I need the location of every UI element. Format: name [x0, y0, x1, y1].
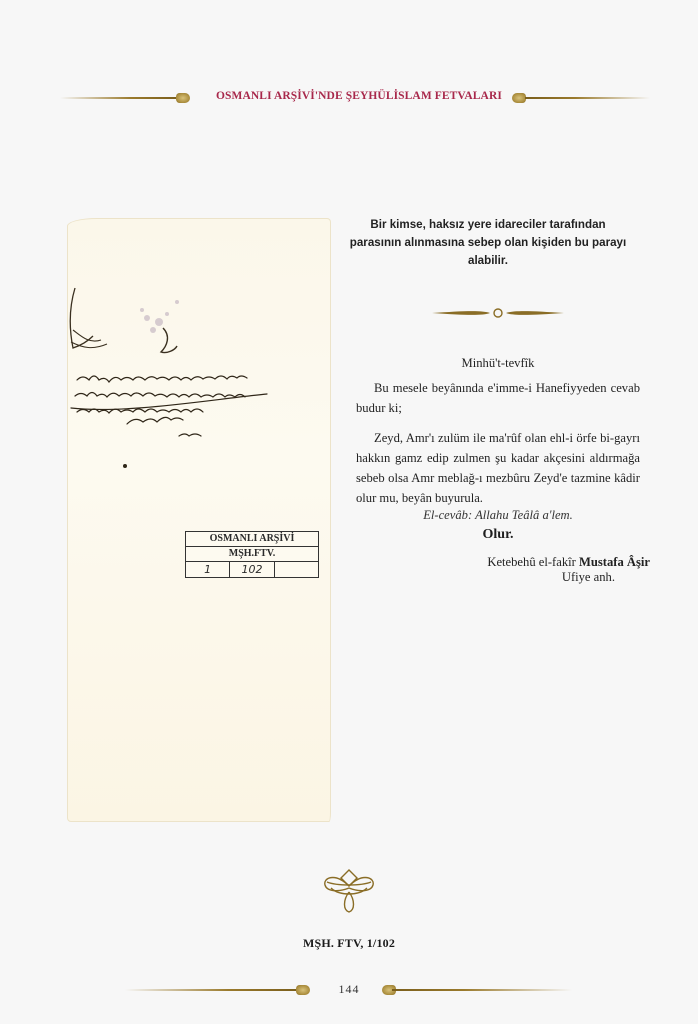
- header-finial-right-icon: [512, 93, 526, 103]
- document-caption: MŞH. FTV, 1/102: [0, 936, 698, 951]
- signer-suffix: Ufiye anh.: [562, 570, 615, 585]
- fatwa-answer-intro: El-cevâb: Allahu Teâlâ a'lem.: [356, 508, 640, 523]
- manuscript-image: OSMANLI ARŞİVİ MŞH.FTV. 1 102: [67, 218, 331, 822]
- stamp-archive-name: OSMANLI ARŞİVİ: [186, 532, 318, 547]
- manuscript-handwriting: [67, 218, 331, 822]
- footer-rule-left: [125, 989, 297, 991]
- archive-stamp: OSMANLI ARŞİVİ MŞH.FTV. 1 102: [185, 531, 319, 578]
- header-rule-left: [60, 97, 178, 99]
- running-header-title: OSMANLI ARŞİVİ'NDE ŞEYHÜLİSLAM FETVALARI: [216, 90, 506, 102]
- stamp-cell-empty: [275, 562, 318, 577]
- fatwa-question: Zeyd, Amr'ı zulüm ile ma'rûf olan ehl-i …: [356, 428, 640, 508]
- signer-prefix: Ketebehû el-fakîr: [487, 555, 575, 569]
- fatwa-opening: Minhü't-tevfîk: [350, 353, 646, 373]
- footer-rule-right: [392, 989, 572, 991]
- stamp-cell-number: 102: [230, 562, 274, 577]
- fatwa-summary: Bir kimse, haksız yere idareciler tarafı…: [348, 216, 628, 270]
- page-footer: 144: [0, 980, 698, 1000]
- fatwa-signer-suffix-line: Ufiye anh.: [356, 570, 640, 585]
- running-header: OSMANLI ARŞİVİ'NDE ŞEYHÜLİSLAM FETVALARI: [0, 88, 698, 108]
- page-number: 144: [328, 982, 370, 997]
- fatwa-paragraph-intro: Bu mesele beyânında e'imme-i Hanefiyyede…: [356, 378, 640, 418]
- fatwa-signer: Ketebehû el-fakîr Mustafa Âşir: [356, 552, 650, 572]
- signer-name: Mustafa Âşir: [579, 555, 650, 569]
- stamp-cell-folder: 1: [186, 562, 230, 577]
- divider-ornament-icon: [432, 307, 564, 319]
- knot-ornament-icon: [321, 868, 377, 914]
- fatwa-verdict: Olur.: [356, 527, 640, 543]
- stamp-collection-code: MŞH.FTV.: [186, 547, 318, 562]
- footer-finial-left-icon: [296, 985, 310, 995]
- header-rule-right: [525, 97, 650, 99]
- header-finial-left-icon: [176, 93, 190, 103]
